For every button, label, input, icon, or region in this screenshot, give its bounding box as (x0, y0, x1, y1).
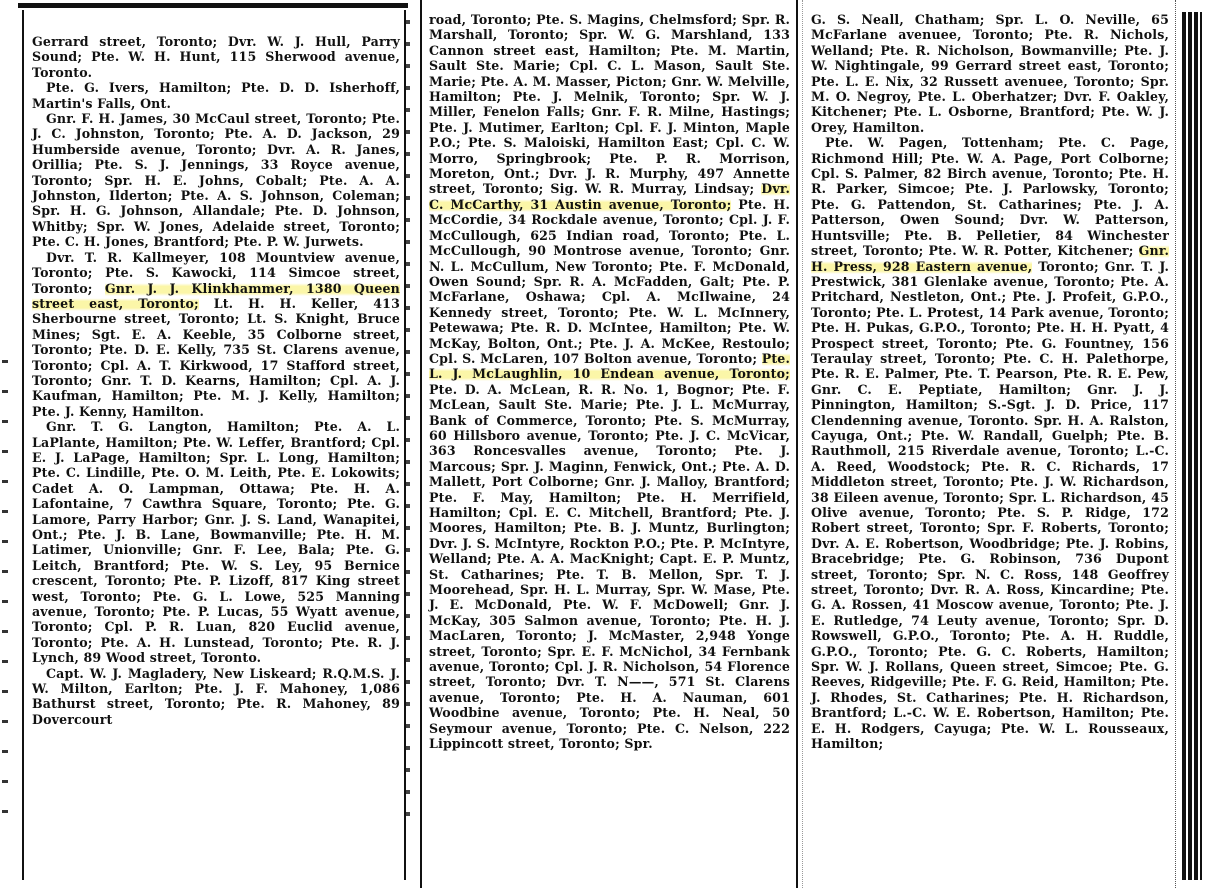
paragraph: Pte. W. Pagen, Tottenham; Pte. C. Page, … (811, 135, 1169, 751)
column-2: road, Toronto; Pte. S. Magins, Chelmsfor… (420, 0, 798, 888)
paragraph: Gnr. F. H. James, 30 McCaul street, Toro… (32, 111, 400, 250)
column-3: G. S. Neall, Chatham; Spr. L. O. Neville… (802, 0, 1176, 888)
text-run: Pte. W. Pagen, Tottenham; Pte. C. Page, … (811, 135, 1169, 258)
text-run: Toronto; Gnr. T. J. Prestwick, 381 Glenl… (811, 259, 1169, 752)
text-run: Lt. H. H. Keller, 413 Sherbourne street,… (32, 296, 400, 419)
text-run: road, Toronto; Pte. S. Magins, Chelmsfor… (429, 12, 790, 196)
paragraph: Pte. G. Ivers, Hamilton; Pte. D. D. Ishe… (32, 80, 400, 111)
top-rule (18, 3, 408, 8)
left-margin-marks (2, 360, 8, 840)
paragraph: Gerrard street, Toronto; Dvr. W. J. Hull… (32, 34, 400, 80)
column-1: Gerrard street, Toronto; Dvr. W. J. Hull… (22, 10, 406, 880)
paragraph: Dvr. T. R. Kallmeyer, 108 Mountview aven… (32, 250, 400, 419)
text-run: Pte. H. McCordie, 34 Rockdale avenue, To… (429, 197, 790, 366)
paragraph: road, Toronto; Pte. S. Magins, Chelmsfor… (429, 12, 790, 752)
paragraph: Gnr. T. G. Langton, Hamilton; Pte. A. L.… (32, 419, 400, 666)
paragraph: G. S. Neall, Chatham; Spr. L. O. Neville… (811, 12, 1169, 135)
paragraph: Capt. W. J. Magladery, New Liskeard; R.Q… (32, 666, 400, 728)
text-run: Pte. D. A. McLean, R. R. No. 1, Bognor; … (429, 382, 790, 751)
right-edge-bars (1182, 12, 1202, 880)
